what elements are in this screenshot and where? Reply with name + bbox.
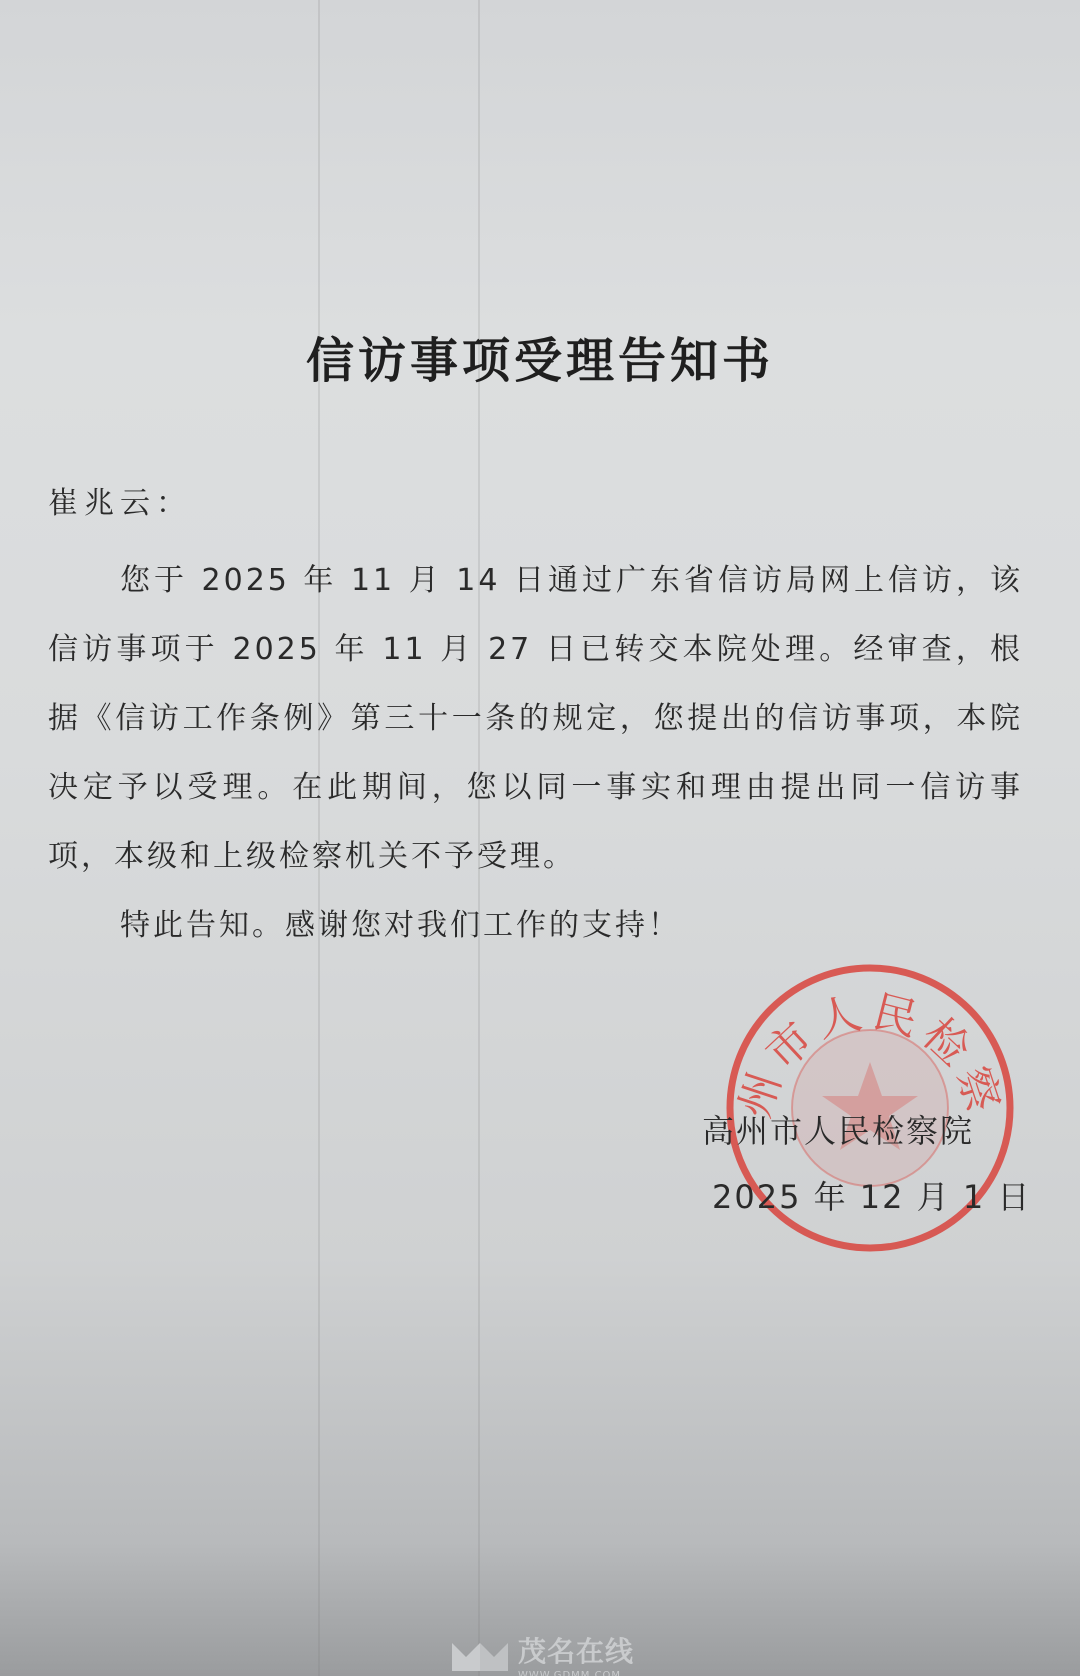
addressee: 崔兆云：	[48, 478, 192, 522]
paragraph-main: 您于 2025 年 11 月 14 日通过广东省信访局网上信访，该信访事项于 2…	[48, 546, 1023, 891]
paragraph-closing: 特此告知。感谢您对我们工作的支持！	[48, 891, 1023, 960]
watermark: 茂名在线 WWW.GDMM.COM	[450, 1630, 634, 1676]
document-date: 2025 年 12 月 1 日	[712, 1172, 1031, 1218]
document-title: 信访事项受理告知书	[0, 322, 1080, 391]
document-body: 您于 2025 年 11 月 14 日通过广东省信访局网上信访，该信访事项于 2…	[48, 546, 1023, 960]
watermark-name: 茂名在线	[518, 1630, 634, 1670]
signature: 高州市人民检察院	[702, 1106, 974, 1152]
watermark-logo-icon	[450, 1639, 510, 1673]
watermark-url: WWW.GDMM.COM	[518, 1670, 634, 1676]
